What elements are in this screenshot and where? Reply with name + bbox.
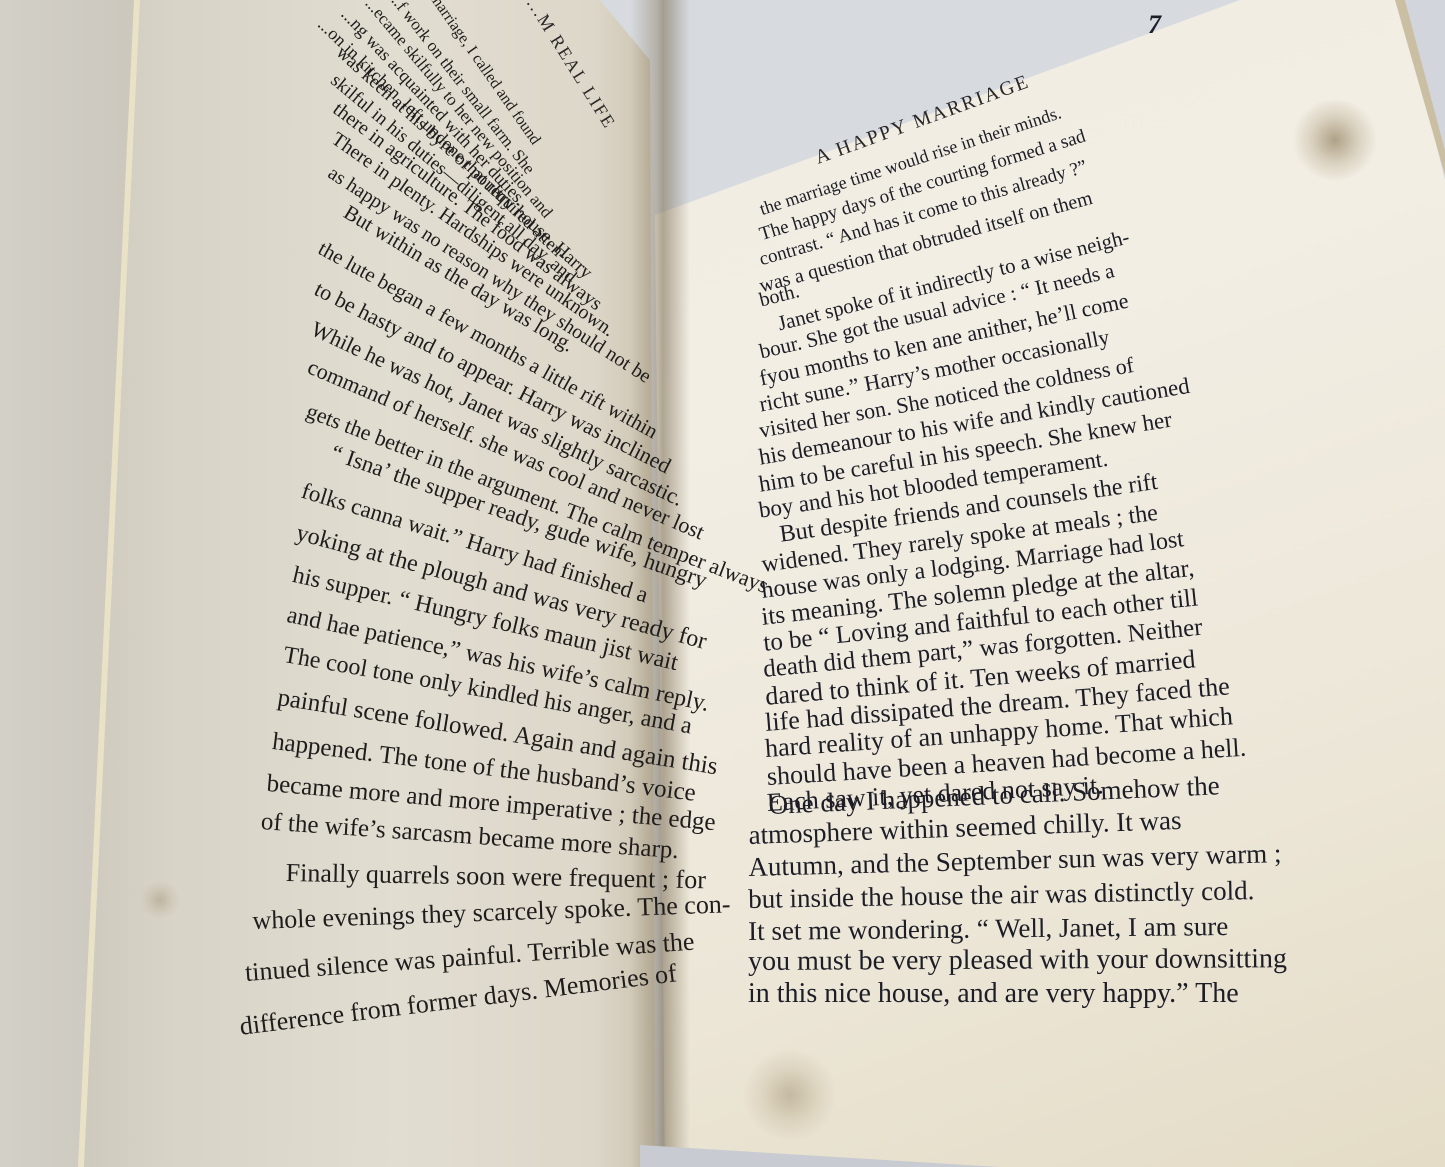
right-line: It set me wondering. “ Well, Janet, I am… (748, 911, 1228, 947)
book-photo: ...M REAL LIFE marriage, I called and fo… (0, 0, 1445, 1167)
right-line: but inside the house the air was distinc… (748, 875, 1255, 915)
right-line: in this nice house, and are very happy.”… (748, 978, 1239, 1010)
page-number: 7 (1148, 10, 1161, 40)
right-page-text: 7 A HAPPY MARRIAGE the marriage time wou… (0, 0, 1445, 1167)
right-line: you must be very pleased with your downs… (748, 943, 1287, 978)
